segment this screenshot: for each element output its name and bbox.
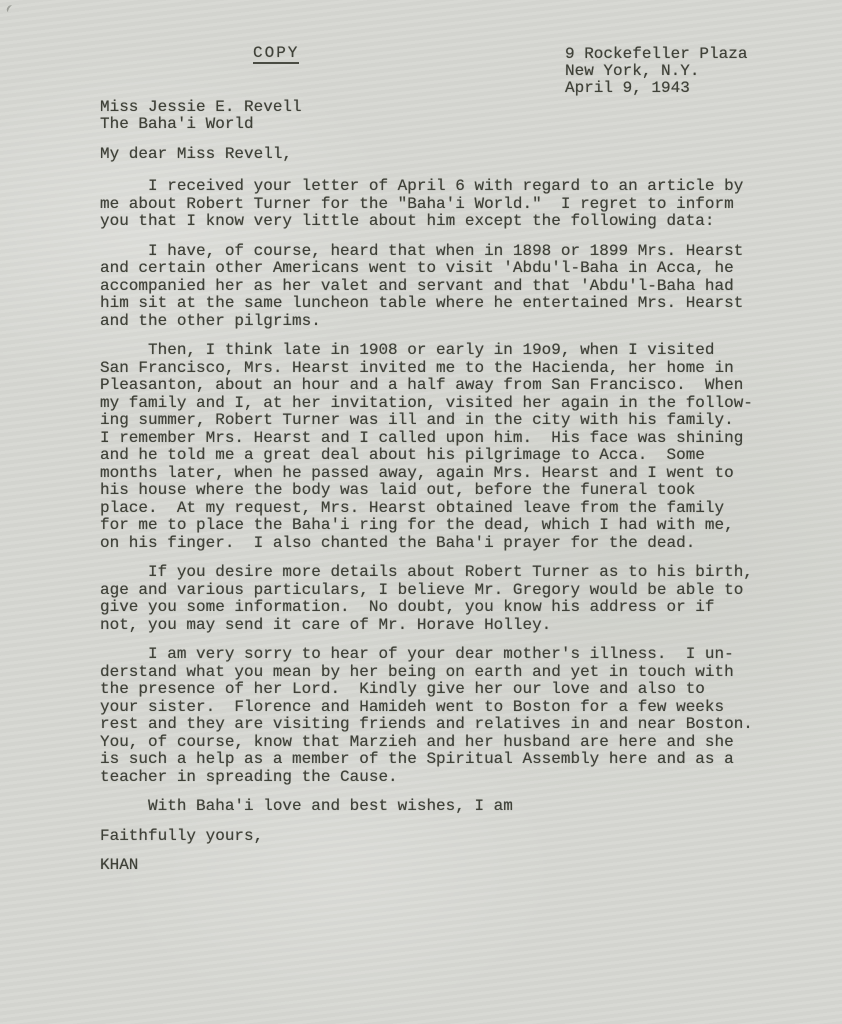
letter-paragraph: Then, I think late in 1908 or early in 1… xyxy=(100,342,768,552)
closing-line: With Baha'i love and best wishes, I am xyxy=(100,798,768,816)
letter-paragraph: I am very sorry to hear of your dear mot… xyxy=(100,646,768,786)
sender-address-block: 9 Rockefeller Plaza New York, N.Y. April… xyxy=(565,46,747,98)
letter-paragraph: I have, of course, heard that when in 18… xyxy=(100,243,768,331)
letter-page: COPY 9 Rockefeller Plaza New York, N.Y. … xyxy=(0,0,842,1024)
letter-paragraph: I received your letter of April 6 with r… xyxy=(100,178,768,231)
valediction: Faithfully yours, xyxy=(100,828,768,846)
signature-name: KHAN xyxy=(100,857,768,875)
letter-body: I received your letter of April 6 with r… xyxy=(100,178,768,887)
salutation: My dear Miss Revell, xyxy=(100,146,292,164)
copy-heading: COPY xyxy=(253,45,299,64)
letter-paragraph: If you desire more details about Robert … xyxy=(100,564,768,634)
paper-speck-mark xyxy=(6,4,16,14)
recipient-block: Miss Jessie E. Revell The Baha'i World xyxy=(100,99,302,133)
